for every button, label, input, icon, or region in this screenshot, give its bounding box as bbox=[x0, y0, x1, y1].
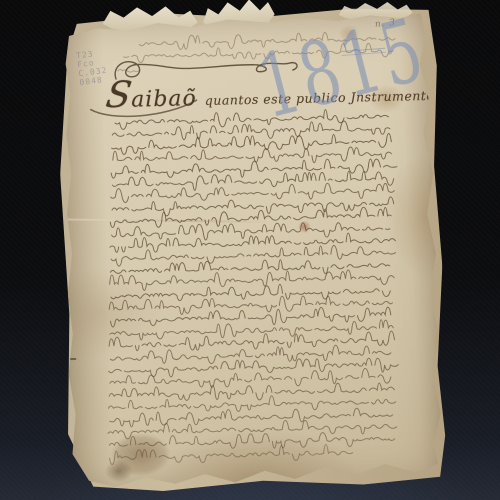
manuscript-page: n. 3 T23 Fco C.032 0048 Saibaõquantos es… bbox=[53, 6, 448, 500]
title-initial-letter: S bbox=[103, 75, 134, 117]
title-first-word: aibaõ bbox=[131, 86, 197, 112]
photo-of-manuscript: n. 3 T23 Fco C.032 0048 Saibaõquantos es… bbox=[0, 0, 500, 500]
handwriting-line bbox=[109, 443, 351, 468]
paper-sheet: n. 3 T23 Fco C.032 0048 Saibaõquantos es… bbox=[53, 6, 448, 500]
title-opening-text: quantos este publico Jnstrumento de Escr bbox=[205, 87, 491, 108]
